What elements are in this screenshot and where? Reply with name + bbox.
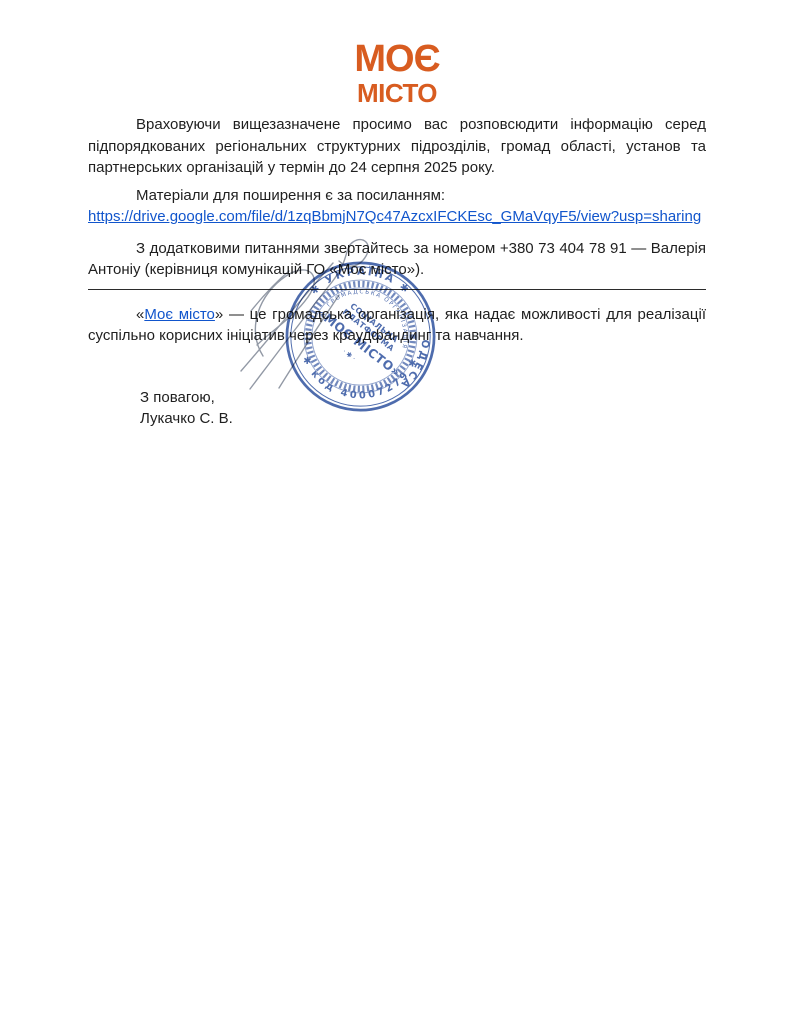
logo-word-moye: МОЄ [88, 40, 706, 78]
signature-stroke [241, 263, 333, 371]
letterhead-logo: МОЄ МІСТО [88, 40, 706, 106]
signature-stroke [279, 295, 339, 388]
paragraph-distribution-request: Враховуючи вищезазначене просимо вас роз… [88, 114, 706, 179]
signature [225, 218, 460, 403]
letter-page: МОЄ МІСТО Враховуючи вищезазначене проси… [0, 0, 791, 1024]
logo-word-misto: МІСТО [88, 80, 706, 106]
paragraph-materials: Матеріали для поширення є за посиланням: [88, 185, 706, 207]
org-site-link[interactable]: Моє місто [144, 306, 215, 323]
signature-stroke [250, 240, 368, 389]
